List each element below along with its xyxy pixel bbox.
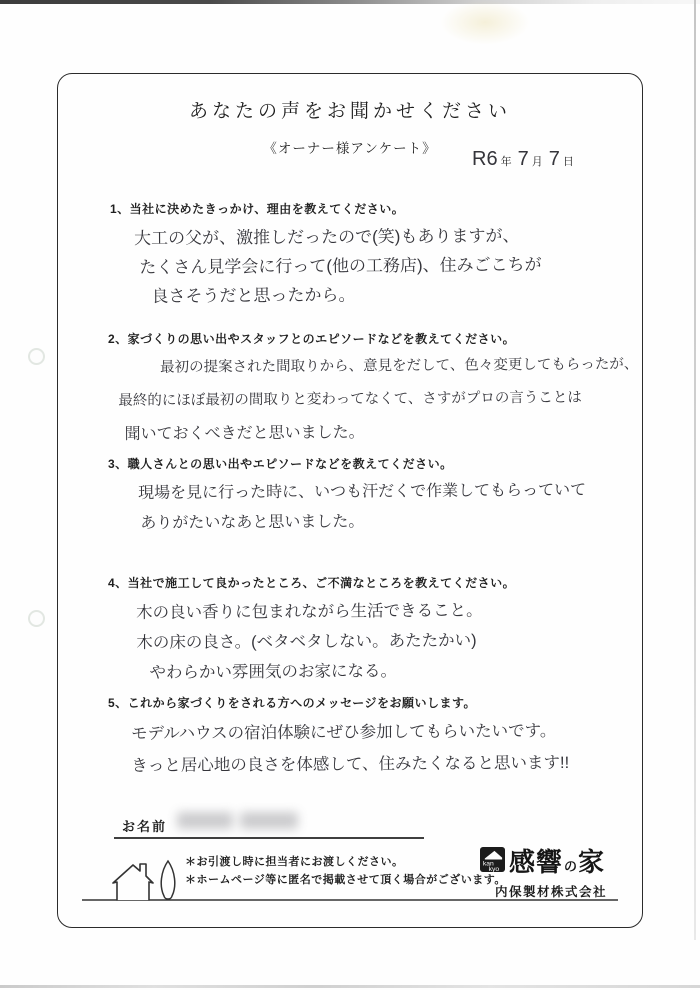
answer-line: 現場を見に行った時に、いつも汗だくで作業してもらっていて: [138, 476, 586, 509]
footer-note: ＊ホームページ等に匿名で掲載させて頂く場合がございます。: [185, 871, 506, 889]
answer-line: きっと居心地の良さを体感して、住みたくなると思います!!: [131, 747, 569, 782]
question-label: 1、当社に決めたきっかけ、理由を教えてください。: [110, 200, 541, 217]
name-field-label: お名前: [122, 816, 167, 835]
answer-line: 木の床の良さ。(ベタベタしない。あたたかい): [136, 625, 515, 658]
answer-line: やわらかい雰囲気のお家になる。: [136, 655, 515, 688]
question-label: 2、家づくりの思い出やスタッフとのエピソードなどを教えてください。: [108, 330, 638, 347]
answer-line: 聞いておくべきだと思いました。: [118, 414, 638, 451]
handwritten-answer: 最初の提案された間取りから、意見をだして、色々変更してもらったが、 最終的にほぼ…: [118, 348, 639, 451]
handwritten-answer: 大工の父が、激推しだったので(笑)もありますが、 たくさん見学会に行って(他の工…: [134, 221, 542, 311]
handwritten-answer: モデルハウスの宿泊体験にぜひ参加してもらいたいです。 きっと居心地の良さを体感し…: [131, 715, 569, 782]
question-label: 3、職人さんとの思い出やエピソードなどを教えてください。: [108, 455, 586, 472]
brand-logo-text: 感響の家: [509, 842, 605, 879]
page-title: あなたの声をお聞かせください: [57, 96, 643, 123]
punch-hole: [28, 610, 45, 627]
scan-tint-spot: [440, 0, 530, 45]
name-underline: [114, 837, 424, 839]
answer-line: モデルハウスの宿泊体験にぜひ参加してもらいたいです。: [131, 715, 569, 750]
answer-line: ありがたいなあと思いました。: [138, 506, 586, 539]
answer-line: 良さそうだと思ったから。: [134, 279, 542, 311]
answer-line: 木の良い香りに包まれながら生活できること。: [136, 595, 515, 628]
question-label: 5、これから家づくりをされる方へのメッセージをお願いします。: [108, 694, 569, 711]
handwritten-answer: 木の良い香りに包まれながら生活できること。 木の床の良さ。(ベタベタしない。あた…: [136, 595, 516, 688]
brand-text-main: 感響: [509, 848, 563, 877]
footer-note: ＊お引渡し時に担当者にお渡しください。: [185, 853, 506, 871]
question-block-1: 1、当社に決めたきっかけ、理由を教えてください。 大工の父が、激推しだったので(…: [110, 200, 541, 311]
redacted-name: [240, 812, 298, 829]
brand-text-home: 家: [578, 848, 605, 877]
question-label: 4、当社で施工して良かったところ、ご不満なところを教えてください。: [108, 574, 515, 591]
date-year-suffix: 年: [501, 156, 512, 168]
company-name: 内保製材株式会社: [480, 882, 622, 900]
question-block-5: 5、これから家づくりをされる方へのメッセージをお願いします。 モデルハウスの宿泊…: [108, 694, 569, 782]
scanner-edge-top: [0, 0, 700, 4]
logo-mark-icon: kan kyo: [480, 847, 505, 872]
answer-line: 最終的にほぼ最初の間取りと変わってなくて、さすがプロの言うことは: [118, 381, 638, 418]
question-block-4: 4、当社で施工して良かったところ、ご不満なところを教えてください。 木の良い香り…: [108, 574, 515, 688]
redacted-name: [177, 812, 233, 829]
question-block-2: 2、家づくりの思い出やスタッフとのエピソードなどを教えてください。 最初の提案さ…: [108, 330, 638, 451]
date-era-year-handwritten: R6: [472, 148, 498, 170]
date-field: R6年7月7日: [472, 148, 642, 171]
date-day-handwritten: 7: [549, 148, 560, 170]
answer-line: 最初の提案された間取りから、意見をだして、色々変更してもらったが、: [118, 348, 638, 385]
question-block-3: 3、職人さんとの思い出やエピソードなどを教えてください。 現場を見に行った時に、…: [108, 455, 586, 539]
date-day-suffix: 日: [563, 156, 574, 168]
scanner-edge-right: [694, 0, 696, 940]
punch-hole: [28, 348, 45, 365]
footer-notes: ＊お引渡し時に担当者にお渡しください。 ＊ホームページ等に匿名で掲載させて頂く場…: [185, 853, 506, 889]
company-logo: kan kyo 感響の家 内保製材株式会社: [480, 842, 630, 900]
answer-line: たくさん見学会に行って(他の工務店)、住みごこちが: [134, 250, 542, 282]
answer-line: 大工の父が、激推しだったので(笑)もありますが、: [134, 221, 542, 253]
date-month-suffix: 月: [532, 156, 543, 168]
scanned-survey-page: あなたの声をお聞かせください 《オーナー様アンケート》 R6年7月7日 1、当社…: [0, 0, 700, 990]
scanner-edge-bottom: [0, 985, 700, 988]
handwritten-answer: 現場を見に行った時に、いつも汗だくで作業してもらっていて ありがたいなあと思いま…: [138, 476, 586, 539]
svg-text:kyo: kyo: [489, 866, 500, 872]
date-month-handwritten: 7: [518, 148, 529, 170]
brand-text-particle: の: [564, 859, 577, 874]
